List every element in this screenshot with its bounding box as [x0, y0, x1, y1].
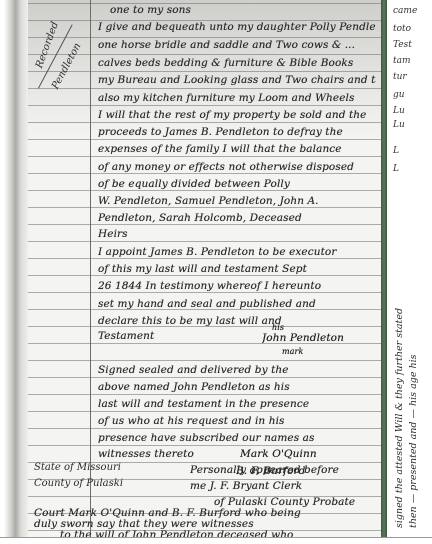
attestation-line: last will and testament in the presence — [98, 396, 376, 412]
body-line: I give and bequeath unto my daughter Pol… — [98, 19, 376, 35]
body-line: 26 1844 In testimony whereof I hereunto — [98, 278, 376, 294]
body-line: of this my last will and testament Sept — [98, 261, 376, 277]
body-line: W. Pendleton, Samuel Pendleton, John A. — [98, 193, 376, 209]
body-line: also my kitchen furniture my Loom and Wh… — [98, 90, 376, 106]
body-line: Heirs — [98, 226, 376, 242]
mark-word: mark — [282, 344, 342, 360]
attestation-line: Signed sealed and delivered by the — [98, 362, 376, 378]
body-line: calves beds bedding & furniture & Bible … — [98, 55, 376, 71]
probate-line: me J. F. Bryant Clerk — [190, 478, 375, 494]
probate-county-label: County of Pulaski — [34, 478, 123, 489]
right-margin-fragment: came — [393, 6, 417, 16]
body-line: expenses of the family I will that the b… — [98, 141, 376, 157]
body-line: I appoint James B. Pendleton to be execu… — [98, 244, 376, 260]
body-line: Pendleton, Sarah Holcomb, Deceased — [98, 210, 376, 226]
right-margin-fragment: Lu — [393, 120, 405, 130]
right-margin-fragment: gu — [393, 90, 405, 100]
probate-state-label: State of Missouri — [34, 462, 121, 473]
body-line: declare this to be my last will and — [98, 313, 376, 329]
right-margin-fragment: toto — [393, 24, 411, 34]
body-line: my Bureau and Looking glass and Two chai… — [98, 72, 376, 88]
vertical-margin-note: signed the attested Will & they further … — [394, 308, 405, 528]
right-margin-fragment: Lu — [393, 106, 405, 116]
right-margin-fragment: L — [393, 164, 399, 174]
body-line: one horse bridle and saddle and Two cows… — [98, 37, 376, 53]
probate-line: Personally appeared before — [190, 462, 375, 478]
attestation-line: presence have subscribed our names as — [98, 430, 376, 446]
right-margin-fragment: L — [393, 146, 399, 156]
body-line: of be equally divided between Polly — [98, 176, 376, 192]
right-margin-fragment: Test — [393, 40, 412, 50]
body-line: proceeds to James B. Pendleton to defray… — [98, 124, 376, 140]
attestation-line: witnesses thereto — [98, 446, 208, 462]
body-line: set my hand and seal and published and — [98, 296, 376, 312]
attestation-line: of us who at his request and in his — [98, 413, 376, 429]
binding-shadow — [0, 0, 28, 544]
attestation-line: above named John Pendleton as his — [98, 379, 376, 395]
page-bottom-edge — [0, 537, 432, 544]
right-margin-fragment: tur — [393, 72, 407, 82]
right-margin-fragment: tam — [393, 56, 411, 66]
body-line: I will that the rest of my property be s… — [98, 107, 376, 123]
body-line: of any money or effects not otherwise di… — [98, 159, 376, 175]
vertical-margin-note: then — presented and — his age his — [408, 355, 419, 529]
witness-signature: Mark O'Quinn — [240, 446, 360, 462]
document-page: Recorded Pendleton one to my sons I give… — [0, 0, 432, 544]
body-line: one to my sons — [110, 2, 388, 18]
binding-bar — [381, 0, 387, 540]
